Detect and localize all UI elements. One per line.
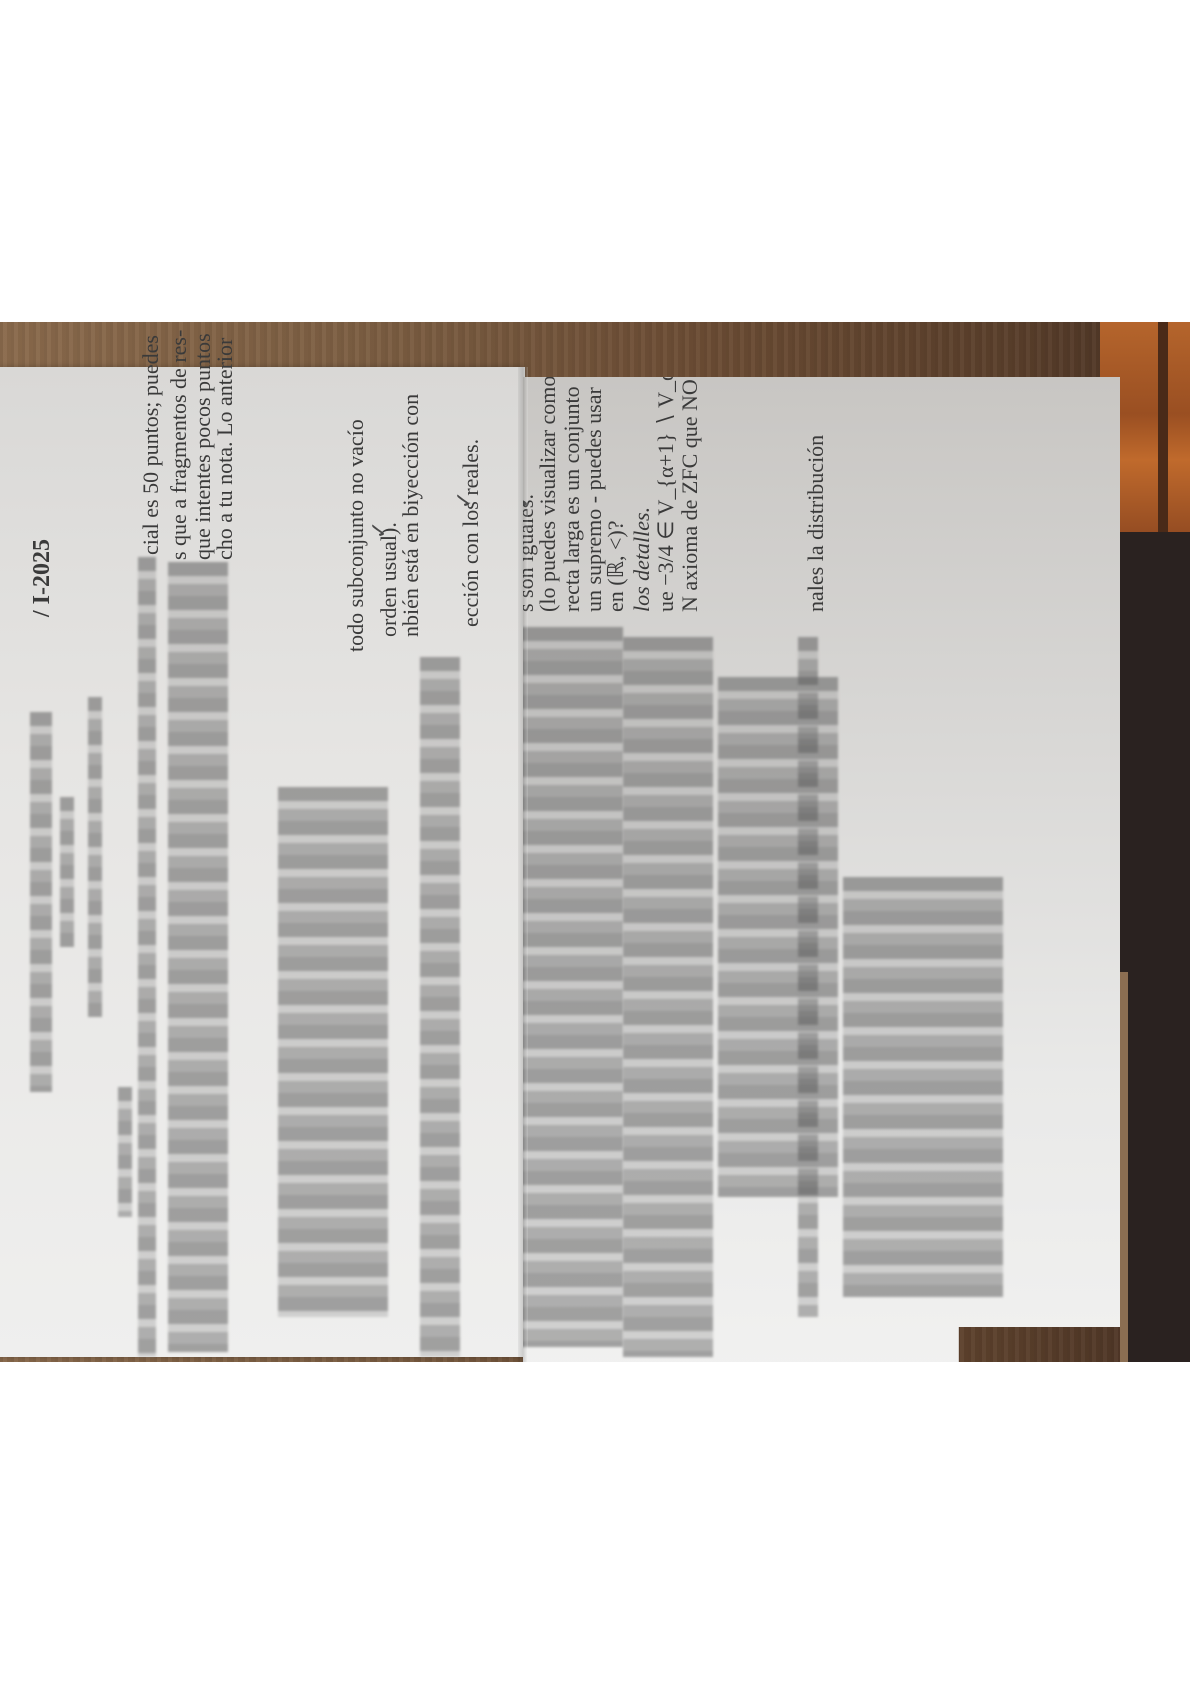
- exam-page-right: s son iguales. ✓ (lo puedes visualizar c…: [523, 377, 1120, 1362]
- redacted-paragraph: [168, 562, 228, 1352]
- line: cial es 50 puntos; puedes: [140, 335, 162, 555]
- line: un supremo - puedes usar: [583, 387, 605, 612]
- redacted-formula: [843, 877, 1003, 1297]
- photo: / I-2025 cial es 50 puntos; puedes s que…: [0, 322, 1190, 1362]
- redacted-text: [138, 557, 156, 1357]
- dark-cloth: [1120, 532, 1190, 1362]
- exam-page-left: / I-2025 cial es 50 puntos; puedes s que…: [0, 367, 525, 1357]
- redacted-text: [420, 657, 460, 1357]
- redacted-title: [30, 712, 52, 1092]
- line: en (ℝ, <)?: [605, 520, 627, 612]
- redacted-text: [118, 1087, 132, 1217]
- line: ue −3/4 ∈ V_{α+1} ∖ V_α.: [655, 364, 677, 612]
- line: todo subconjunto no vacío: [345, 419, 367, 652]
- redacted-date: [88, 697, 102, 1017]
- line: nales la distribución: [805, 435, 827, 612]
- header-term: / I-2025: [30, 539, 54, 617]
- line: s que a fragmentos de res-: [168, 330, 190, 560]
- line: (lo puedes visualizar como: [537, 376, 559, 612]
- checkmark: ✓: [366, 521, 392, 539]
- line: recta larga es un conjunto: [561, 386, 583, 612]
- line: los detalles.: [631, 507, 653, 612]
- line: orden usual).: [378, 522, 400, 637]
- line: cho a tu nota. Lo anterior: [214, 338, 236, 560]
- redacted-paragraph: [513, 627, 623, 1347]
- paper-edge: [1120, 972, 1128, 1362]
- line: N axioma de ZFC que NO: [679, 379, 701, 612]
- checkmark: ✓: [451, 491, 477, 509]
- paper-fold: [518, 367, 528, 1362]
- line: nbién está en biyección con: [400, 394, 422, 637]
- redacted-list: [278, 787, 388, 1317]
- redacted-formula: [718, 677, 838, 1197]
- line: ección con los reales.: [460, 439, 482, 627]
- redacted-subtitle: [60, 797, 74, 947]
- line: que intentes pocos puntos: [192, 333, 214, 560]
- rail: [1158, 322, 1168, 552]
- redacted-text: [798, 637, 818, 1317]
- redacted-paragraph: [623, 637, 713, 1357]
